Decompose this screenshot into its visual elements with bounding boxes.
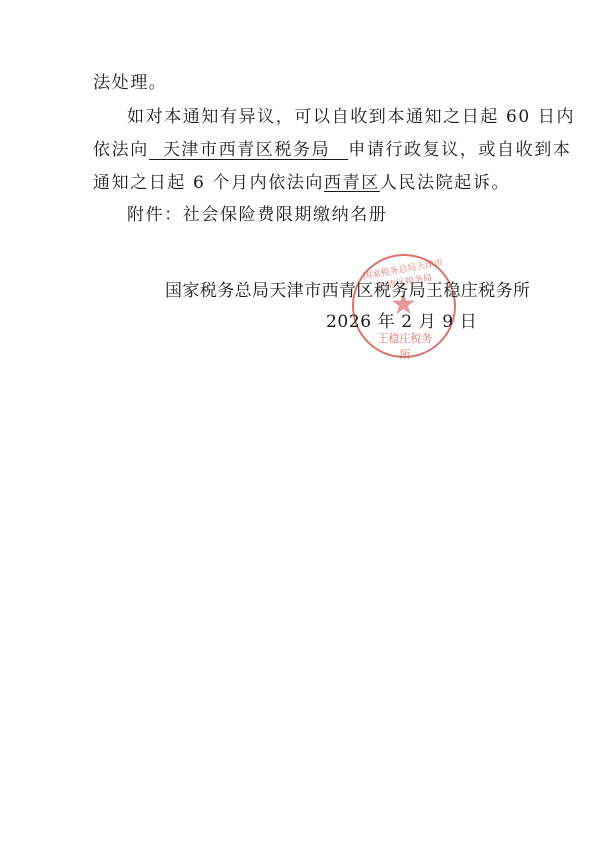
court-district: 西青区 [324,173,380,193]
issuer-signature: 国家税务总局天津市西青区税务局王稳庄税务所 [165,281,530,301]
objection-paragraph-line1: 如对本通知有异议，可以自收到本通知之日起 60 日内 [127,107,575,127]
objection-paragraph-line2: 依法向天津市西青区税务局申请行政复议，或自收到本 [93,140,571,160]
text-line-continuation: 法处理。 [93,73,167,93]
seal-bottom-text: 王稳庄税务所 [374,330,436,362]
text-suffix: 人民法院起诉。 [380,173,510,193]
issue-date: 2026 年 2 月 9 日 [326,312,477,332]
text-suffix: 申请行政复议，或自收到本 [348,140,571,160]
review-authority-field: 天津市西青区税务局 [149,141,348,160]
attachment-line: 附件：社会保险费限期缴纳名册 [127,205,387,225]
official-seal: 国家税务总局天津市西青区税务局 ★ 王稳庄税务所 [352,254,456,358]
text-prefix: 依法向 [93,140,149,160]
document-page: 法处理。 如对本通知有异议，可以自收到本通知之日起 60 日内 依法向天津市西青… [0,0,600,848]
objection-paragraph-line3: 通知之日起 6 个月内依法向西青区人民法院起诉。 [93,173,510,193]
text-prefix: 通知之日起 6 个月内依法向 [93,173,324,193]
